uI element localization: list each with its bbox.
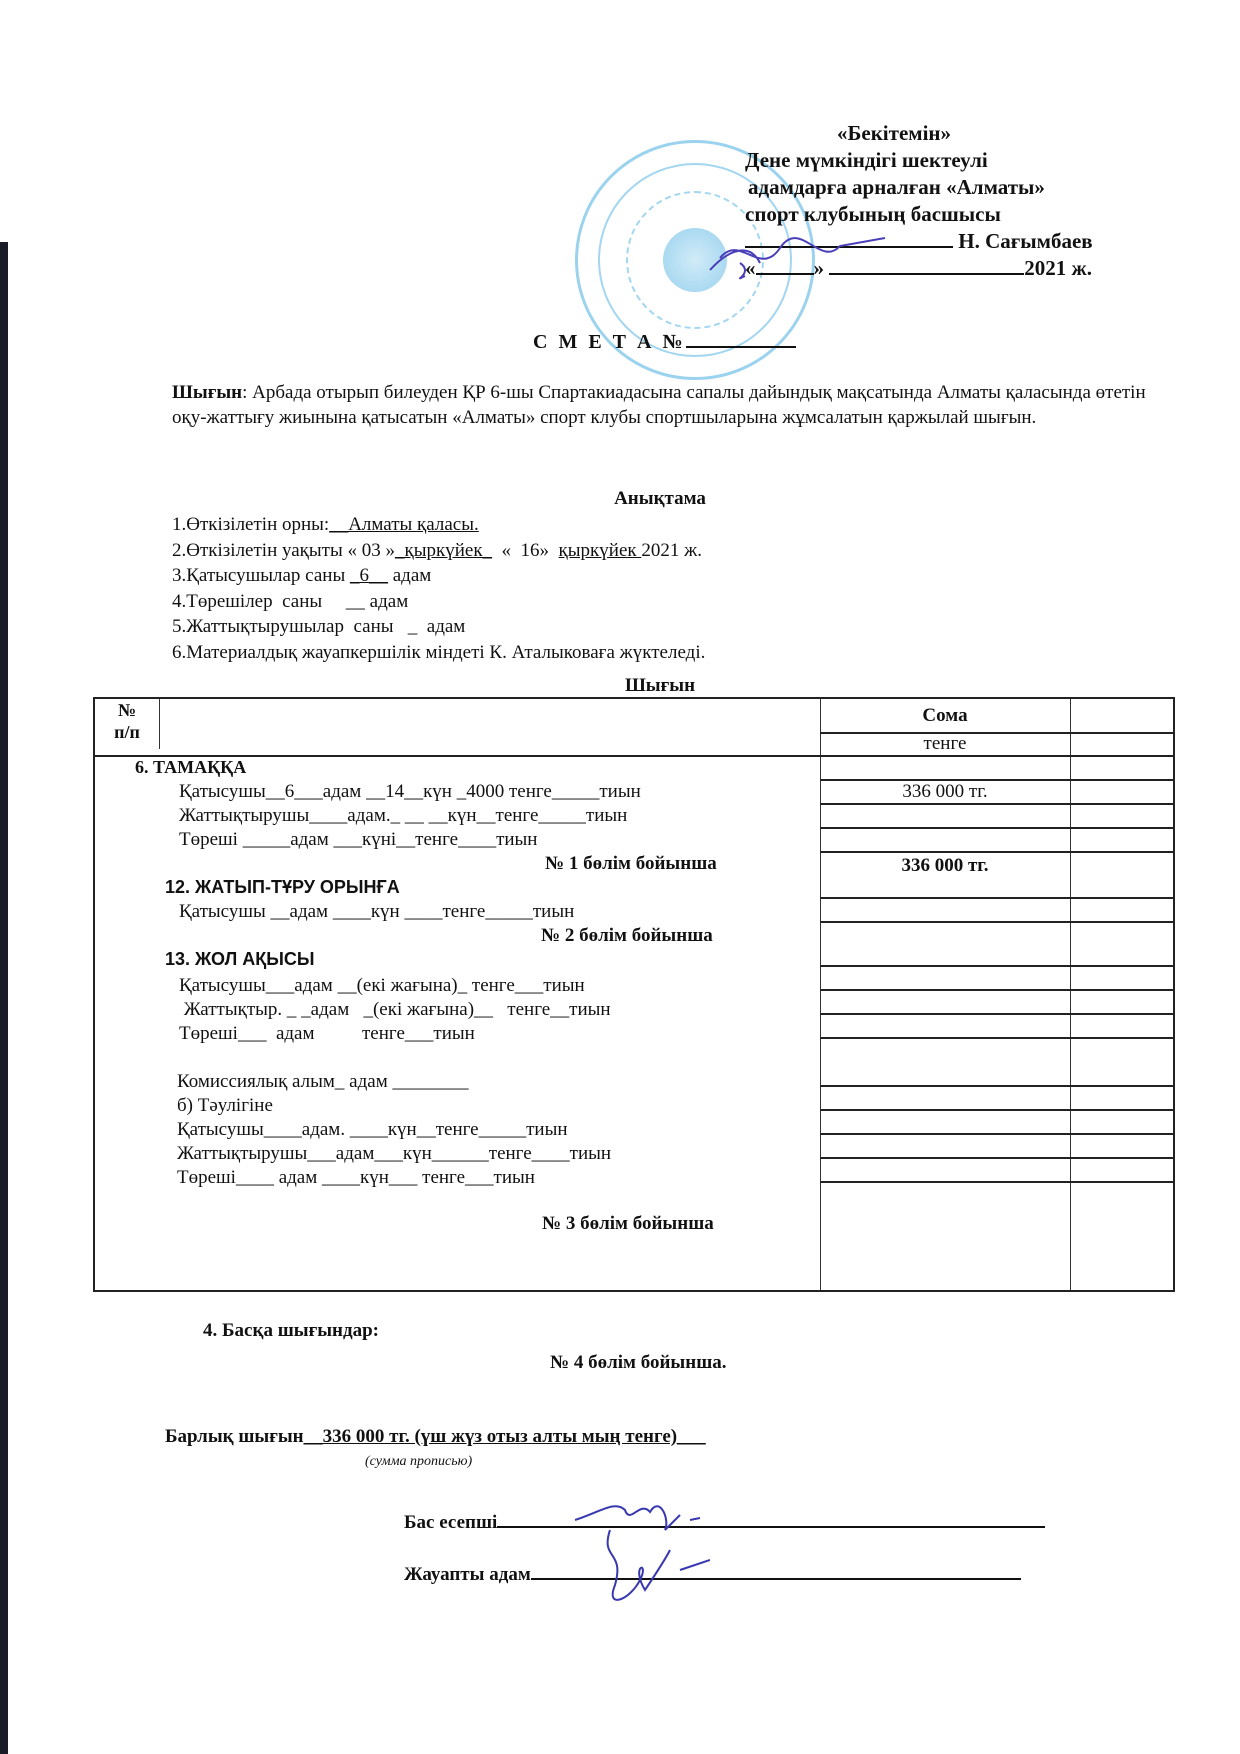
total-in-words-hint: (сумма прописью): [365, 1454, 472, 1470]
row-line: [820, 851, 1173, 853]
estimate-number-blank: [686, 328, 796, 348]
section-1-title: 6. ТАМАҚҚА: [135, 757, 246, 778]
approval-line-1: Дене мүмкіндігі шектеулі: [745, 147, 1145, 174]
section-3-daily-line-1: Қатысушы____адам. ____күн__тенге_____тиы…: [177, 1119, 568, 1141]
purpose-paragraph: Шығын: Арбада отырып билеуден ҚР 6-шы Сп…: [172, 380, 1147, 430]
other-expenses-subtotal-label: № 4 бөлім бойынша.: [550, 1352, 727, 1374]
section-3-commission: Комиссиялық алым_ адам ________: [177, 1071, 469, 1093]
referees-label: 4.Төрешілер саны: [172, 591, 346, 612]
director-signature-icon: [700, 228, 890, 283]
section-3-line-2: Жаттықтыр. _ _адам _(екі жағына)__ тенге…: [179, 999, 611, 1021]
row-line: [820, 989, 1173, 991]
dates-label: 2.Өткізілетін уақыты « 03 »: [172, 540, 395, 561]
referees-value: __: [346, 591, 365, 612]
section-3-daily-line-2: Жаттықтырушы___адам___күн______тенге____…: [177, 1143, 611, 1165]
section-1-line-3: Төреші _____адам ___күні__тенге____тиын: [179, 829, 537, 851]
responsible-signature-row: Жауапты адам: [404, 1564, 1021, 1586]
responsible-label: Жауапты адам: [404, 1564, 531, 1585]
extra-col-divider: [1070, 699, 1071, 1290]
definition-item-venue: 1.Өткізілетін орны:__Алматы қаласы.: [172, 512, 705, 538]
participants-unit: адам: [388, 565, 431, 586]
venue-value: __Алматы қаласы.: [329, 514, 479, 535]
section-1-amount-1: 336 000 тг.: [820, 781, 1070, 803]
header-num: № п/п: [95, 699, 159, 743]
definition-item-referees: 4.Төрешілер саны __ адам: [172, 589, 705, 615]
handwritten-signatures-icon: [570, 1490, 710, 1625]
scan-edge: [0, 242, 8, 1754]
definition-list: 1.Өткізілетін орны:__Алматы қаласы. 2.Өт…: [172, 512, 705, 665]
header-num-abbr: п/п: [95, 721, 159, 743]
section-2-line-1: Қатысушы __адам ____күн ____тенге_____ти…: [179, 901, 574, 923]
purpose-label: Шығын: [172, 382, 242, 403]
participants-label: 3.Қатысушылар саны: [172, 565, 350, 586]
total-label: Барлық шығын: [165, 1426, 304, 1447]
section-3-subtotal-label: № 3 бөлім бойынша: [542, 1213, 714, 1235]
num-col-divider: [159, 699, 160, 749]
definition-title: Анықтама: [0, 488, 1240, 510]
definition-item-coaches: 5.Жаттықтырушылар саны _ адам: [172, 614, 705, 640]
header-sum: Сома: [820, 705, 1070, 727]
referees-unit: адам: [365, 591, 408, 612]
coaches-unit: адам: [417, 616, 465, 637]
estimate-title: С М Е Т А №: [533, 328, 796, 354]
total-row: Барлық шығын__336 000 тг. (үш жүз отыз а…: [165, 1426, 706, 1448]
approval-year: 2021 ж.: [1024, 256, 1092, 280]
accountant-signature-row: Бас есепші: [404, 1512, 1045, 1534]
row-line: [820, 1109, 1173, 1111]
section-1-line-1: Қатысушы__6___адам __14__күн _4000 тенге…: [179, 781, 641, 803]
row-line: [820, 965, 1173, 967]
approval-line-3: спорт клубының басшысы: [745, 201, 1145, 228]
accountant-label: Бас есепші: [404, 1512, 497, 1533]
end-month: қыркүйек: [559, 540, 642, 561]
venue-label: 1.Өткізілетін орны:: [172, 514, 329, 535]
section-3-daily-title: б) Тәулігіне: [177, 1095, 273, 1117]
row-line: [820, 1013, 1173, 1015]
row-line: [820, 1133, 1173, 1135]
responsibility-text: 6.Материалдық жауапкершілік міндеті К. А…: [172, 642, 705, 663]
purpose-text: : Арбада отырып билеуден ҚР 6-шы Спартак…: [172, 382, 1146, 428]
estimate-title-text: С М Е Т А №: [533, 331, 686, 353]
header-num-symbol: №: [95, 699, 159, 721]
section-1-line-2: Жаттықтырушы____адам._ __ __күн__тенге__…: [179, 805, 627, 827]
section-3-title: 13. ЖОЛ АҚЫСЫ: [165, 949, 314, 970]
section-3-daily-line-3: Төреші____ адам ____күн___ тенге___тиын: [177, 1167, 535, 1189]
row-line: [820, 1085, 1173, 1087]
header-bottom-line: [95, 755, 1173, 757]
definition-item-responsibility: 6.Материалдық жауапкершілік міндеті К. А…: [172, 640, 705, 666]
section-1-subtotal-label: № 1 бөлім бойынша: [545, 853, 717, 875]
approval-line-2: адамдарға арналған «Алматы»: [745, 174, 1145, 201]
row-line: [820, 921, 1173, 923]
row-line: [820, 803, 1173, 805]
definition-item-participants: 3.Қатысушылар саны _6__ адам: [172, 563, 705, 589]
dates-year: 2021 ж.: [641, 540, 702, 561]
coaches-label: 5.Жаттықтырушылар саны: [172, 616, 408, 637]
row-line: [820, 1157, 1173, 1159]
participants-value: _6__: [350, 565, 388, 586]
coaches-value: _: [408, 616, 418, 637]
row-line: [820, 897, 1173, 899]
signer-name: Н. Сағымбаев: [958, 229, 1092, 253]
section-3-line-1: Қатысушы___адам __(екі жағына)_ тенге___…: [179, 975, 585, 997]
section-1-subtotal: 336 000 тг.: [820, 855, 1070, 877]
section-2-subtotal-label: № 2 бөлім бойынша: [541, 925, 713, 947]
expenses-table: № п/п Сома тенге 6. ТАМАҚҚА Қатысушы__6_…: [93, 697, 1175, 1292]
start-month: _қыркүйек_: [395, 540, 492, 561]
definition-item-dates: 2.Өткізілетін уақыты « 03 »_қыркүйек_ « …: [172, 538, 705, 564]
expenses-title: Шығын: [0, 675, 1240, 697]
header-currency: тенге: [820, 733, 1070, 755]
dates-middle: « 16»: [492, 540, 559, 561]
section-3-line-3: Төреші___ адам тенге___тиын: [179, 1023, 475, 1045]
section-2-title: 12. ЖАТЫП-ТҰРУ ОРЫНҒА: [165, 877, 400, 898]
row-line: [820, 1181, 1173, 1183]
row-line: [820, 1037, 1173, 1039]
total-value: __336 000 тг. (үш жүз отыз алты мың тенг…: [304, 1426, 706, 1447]
row-line: [820, 827, 1173, 829]
other-expenses-label: 4. Басқа шығындар:: [203, 1320, 379, 1342]
approval-heading: «Бекітемін»: [745, 120, 1145, 147]
